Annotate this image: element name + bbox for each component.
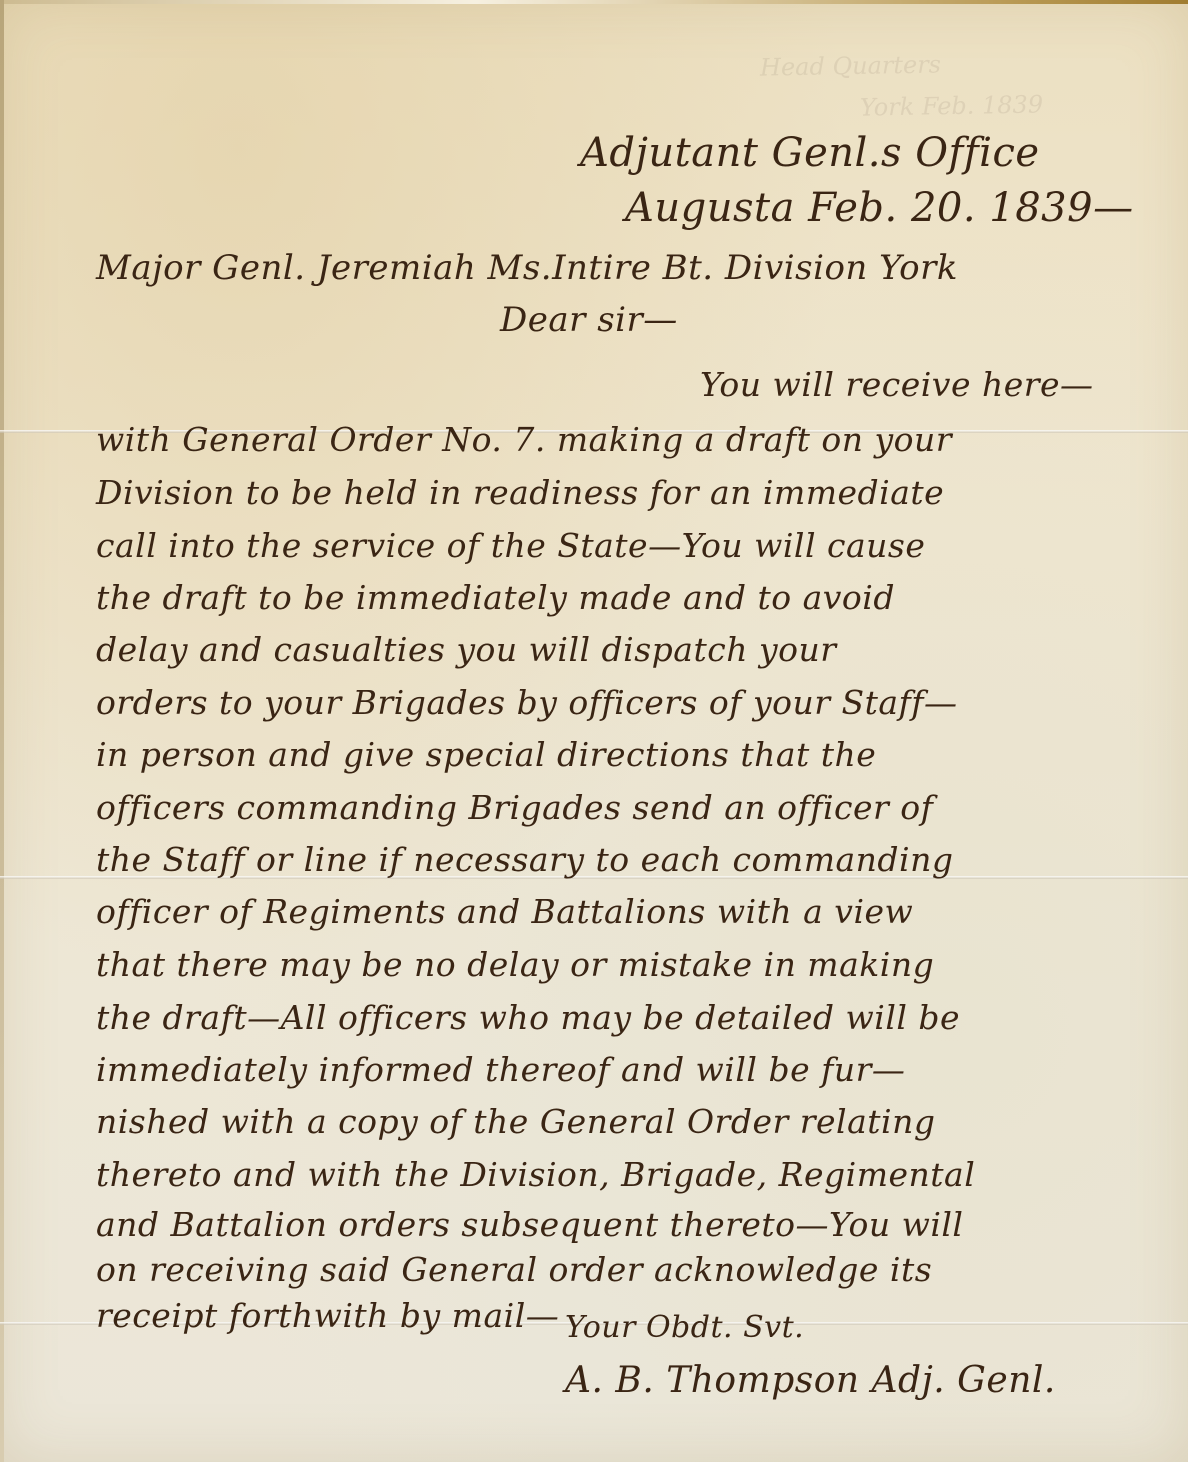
body-line: on receiving said General order acknowle…: [96, 1250, 932, 1289]
body-line: receipt forthwith by mail—: [96, 1296, 559, 1335]
body-line: officers commanding Brigades send an off…: [96, 788, 933, 827]
recipient-line: Major Genl. Jeremiah Ms.Intire Bt. Divis…: [96, 248, 958, 288]
complimentary-close: Your Obdt. Svt.: [565, 1310, 804, 1345]
body-line: delay and casualties you will dispatch y…: [96, 630, 837, 669]
body-line: nished with a copy of the General Order …: [96, 1102, 935, 1141]
body-line: and Battalion orders subsequent thereto—…: [96, 1205, 963, 1244]
body-line: You will receive here—: [700, 365, 1094, 404]
place-date: Augusta Feb. 20. 1839—: [625, 185, 1134, 231]
body-line: thereto and with the Division, Brigade, …: [96, 1155, 975, 1194]
letter-page: Head Quarters York Feb. 1839 Adjutant Ge…: [0, 0, 1188, 1462]
body-line: the draft—All officers who may be detail…: [96, 998, 960, 1037]
office-heading: Adjutant Genl.s Office: [580, 130, 1040, 176]
bleed-through-text: Head Quarters: [760, 50, 941, 81]
salutation: Dear sir—: [500, 300, 678, 340]
signature: A. B. Thompson Adj. Genl.: [565, 1360, 1056, 1401]
body-line: the draft to be immediately made and to …: [96, 578, 895, 617]
bleed-through-text: York Feb. 1839: [860, 90, 1044, 121]
body-line: orders to your Brigades by officers of y…: [96, 683, 958, 722]
paper-left-edge: [0, 0, 4, 1462]
body-line: with General Order No. 7. making a draft…: [96, 420, 952, 459]
body-line: the Staff or line if necessary to each c…: [96, 840, 953, 879]
body-line: officer of Regiments and Battalions with…: [96, 892, 913, 931]
body-line: Division to be held in readiness for an …: [96, 473, 944, 512]
paper-top-edge: [0, 0, 1188, 4]
body-line: in person and give special directions th…: [96, 735, 876, 774]
body-line: that there may be no delay or mistake in…: [96, 945, 934, 984]
body-line: immediately informed thereof and will be…: [96, 1050, 905, 1089]
body-line: call into the service of the State—You w…: [96, 526, 925, 565]
